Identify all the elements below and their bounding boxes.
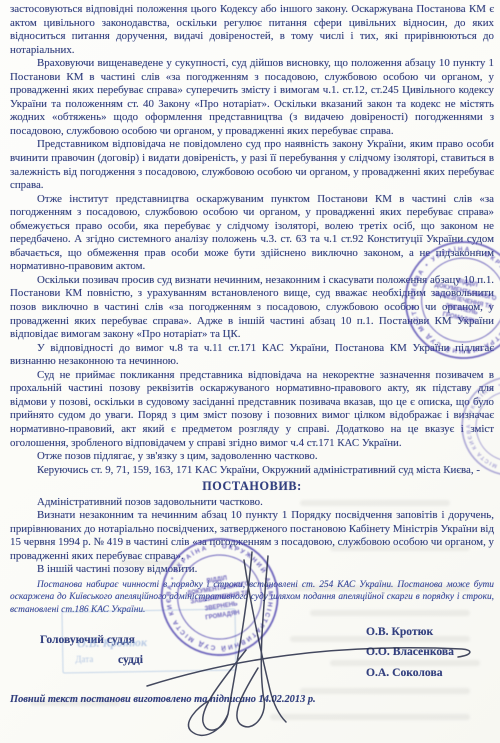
resolution-paragraph: Адміністративний позов задовольнити част…: [10, 496, 494, 510]
body-paragraph: Оскільки позивач просив суд визнати нечи…: [10, 274, 494, 342]
judge-name: О.А. Соколова: [366, 663, 454, 684]
body-paragraph: У відповідності до вимог ч.8 та ч.11 ст.…: [10, 342, 494, 369]
body-paragraph: Отже позов підлягає, у зв'язку з цим, за…: [10, 450, 494, 464]
body-paragraph: застосовуються відповідні положення цьог…: [10, 3, 494, 57]
resolution-paragraph: В іншій частині позову відмовити.: [10, 563, 494, 577]
signature-block: Головуючий суддя судді О.В. Кротюк О.О. …: [10, 624, 494, 688]
footer-note: Повний текст постанови виготовлено та пі…: [10, 693, 494, 707]
bleed-through-mark: [270, 714, 470, 720]
judges-label: судді: [118, 653, 143, 667]
resolution-paragraph: Визнати незаконним та нечинним абзац 10 …: [10, 509, 494, 563]
judge-name: О.В. Кротюк: [366, 622, 454, 643]
presiding-judge-label: Головуючий суддя: [40, 633, 135, 647]
body-paragraph: Суд не приймає покликання представника в…: [10, 369, 494, 450]
body-paragraph: Враховуючи вищенаведене у сукупності, су…: [10, 57, 494, 138]
document-text: застосовуються відповідні положення цьог…: [10, 3, 494, 706]
judge-names: О.В. Кротюк О.О. Власенкова О.А. Соколов…: [366, 622, 454, 684]
scanned-court-decision-page: застосовуються відповідні положення цьог…: [0, 0, 500, 743]
resolution-heading: ПОСТАНОВИВ:: [10, 480, 494, 494]
judge-name: О.О. Власенкова: [366, 642, 454, 663]
body-paragraph: Керуючись ст. 9, 71, 159, 163, 171 КАС У…: [10, 464, 494, 478]
body-paragraph: Отже інститут представництва оскаржувани…: [10, 193, 494, 274]
body-paragraph: Представником відповідача не повідомлено…: [10, 138, 494, 192]
appeal-notice: Постанова набирає чинності в порядку і с…: [10, 579, 494, 616]
